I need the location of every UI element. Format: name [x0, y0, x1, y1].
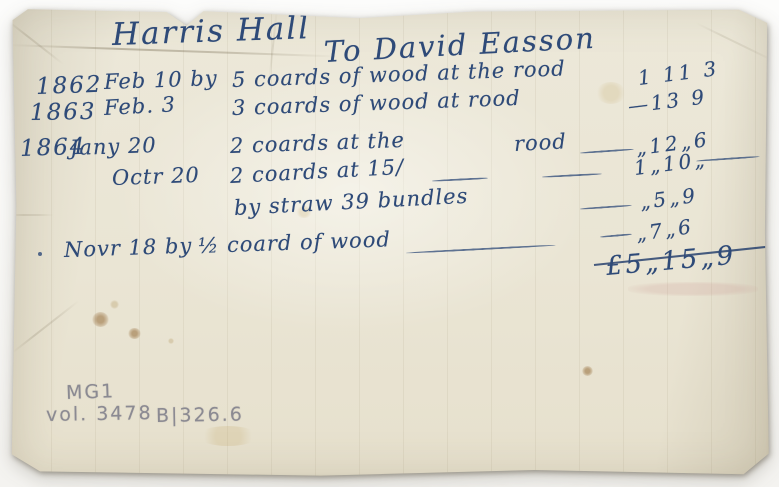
paper-crease — [8, 214, 54, 216]
entry-date: Octr 20 — [112, 165, 201, 189]
entry-date: Jany 20 — [70, 135, 157, 159]
entry-amount: 1 11 3 — [637, 58, 720, 88]
entry-description: 3 coards of wood at rood — [232, 88, 521, 119]
debtor-name: Harris Hall — [111, 13, 310, 51]
entry-amount: „5„9 — [639, 185, 699, 212]
paper-crease — [11, 300, 79, 354]
ink-leader-line — [406, 244, 556, 254]
ink-leader-line — [542, 173, 602, 178]
entry-date: Feb. 3 — [103, 94, 176, 119]
ink-leader-line — [580, 204, 632, 210]
entry-year: 1863 — [30, 101, 97, 125]
paper-shadow: Harris Hall To David Easson 1862 Feb 10 … — [8, 6, 771, 478]
foxing-stain — [110, 300, 119, 309]
scan-background: Harris Hall To David Easson 1862 Feb 10 … — [0, 0, 779, 487]
entry-date: Feb 10 by — [104, 68, 218, 93]
entry-year: 1862 — [36, 74, 103, 99]
entry-description: 2 coards at the — [230, 130, 406, 157]
total-amount: £5„15„9 — [605, 243, 737, 280]
archive-ref-vol: vol. 3478 — [46, 402, 153, 426]
entry-description: by straw 39 bundles — [233, 186, 468, 219]
archive-ref-b: B|326.6 — [156, 403, 244, 427]
archive-ref-mg: MG1 — [66, 380, 116, 404]
entry-description: 2 coards at 15/ — [229, 157, 404, 187]
foxing-stain — [198, 426, 258, 446]
ink-leader-line — [580, 148, 634, 154]
entry-description: rood — [513, 131, 567, 155]
foxing-stain — [92, 312, 109, 327]
foxing-stain — [582, 366, 593, 376]
foxing-stain — [128, 328, 141, 339]
receipt-paper: Harris Hall To David Easson 1862 Feb 10 … — [8, 6, 771, 478]
entry-description: ½ coard of wood — [198, 229, 392, 257]
entry-amount: —13 9 — [627, 86, 708, 116]
foxing-stain — [168, 338, 174, 344]
ink-dot — [38, 252, 42, 256]
foxing-stain — [596, 82, 626, 104]
pink-smear — [628, 282, 758, 296]
paper-crease — [7, 20, 63, 65]
ink-leader-line — [600, 233, 632, 238]
entry-amount: „7„6 — [635, 216, 695, 244]
entry-date: Novr 18 by — [64, 236, 193, 261]
ink-leader-line — [432, 177, 488, 182]
